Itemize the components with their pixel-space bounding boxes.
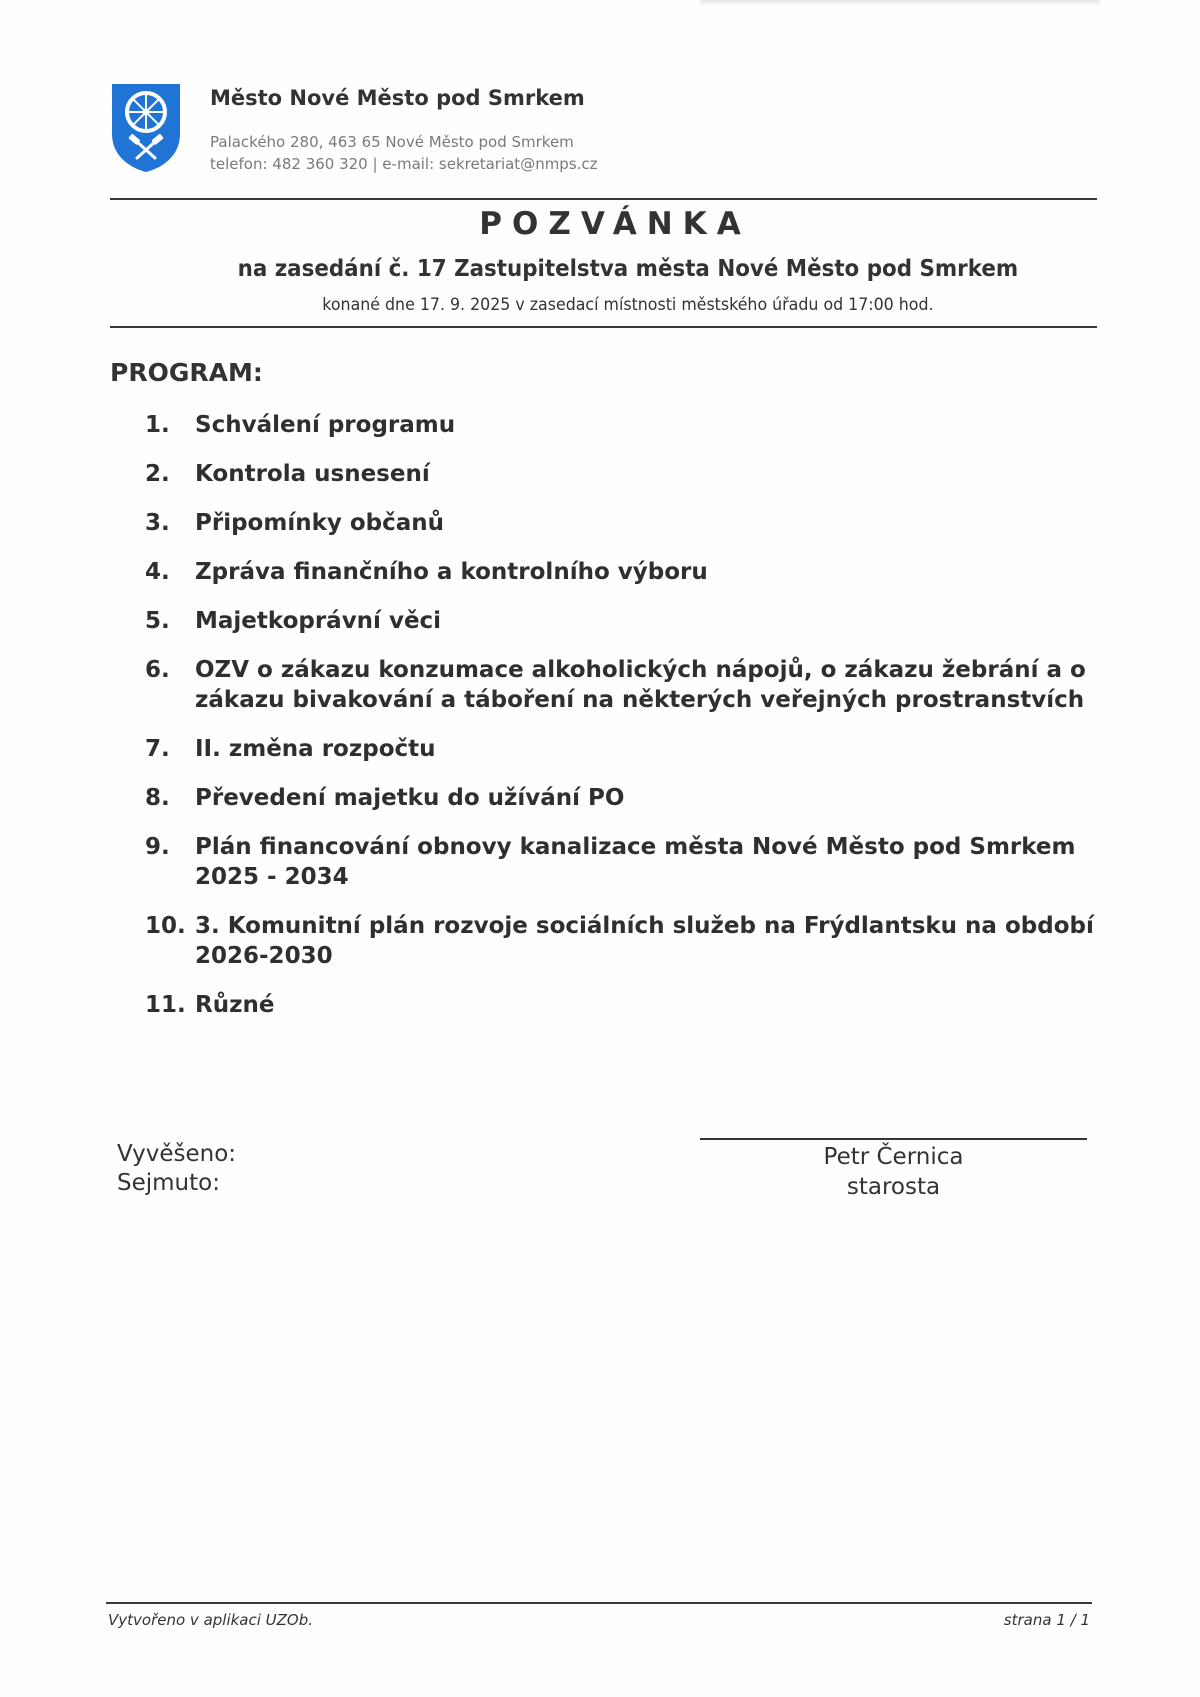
- agenda-item-text: Připomínky občanů: [195, 508, 1105, 538]
- agenda-item: 2.Kontrola usnesení: [145, 459, 1105, 489]
- agenda-item-number: 10.: [145, 911, 195, 971]
- municipal-crest-icon: [110, 82, 182, 174]
- agenda-item: 4.Zpráva finančního a kontrolního výboru: [145, 557, 1105, 587]
- agenda-item: 8.Převedení majetku do užívání PO: [145, 783, 1105, 813]
- agenda-item-number: 11.: [145, 990, 195, 1020]
- agenda-item-number: 4.: [145, 557, 195, 587]
- signatory: Petr Černica starosta: [700, 1142, 1087, 1202]
- agenda-item: 6.OZV o zákazu konzumace alkoholických n…: [145, 655, 1105, 715]
- meeting-info: konané dne 17. 9. 2025 v zasedací místno…: [42, 295, 1158, 315]
- agenda-item-number: 8.: [145, 783, 195, 813]
- title-divider: [110, 326, 1097, 328]
- agenda-item-number: 2.: [145, 459, 195, 489]
- agenda-item-number: 6.: [145, 655, 195, 715]
- signatory-role: starosta: [700, 1172, 1087, 1202]
- footer-page-number: strana 1 / 1: [1004, 1611, 1090, 1629]
- agenda-item-text: Převedení majetku do užívání PO: [195, 783, 1105, 813]
- posted-label: Vyvěšeno:: [117, 1140, 236, 1169]
- signature-line: [700, 1138, 1087, 1140]
- agenda-item-number: 7.: [145, 734, 195, 764]
- agenda-item-text: Kontrola usnesení: [195, 459, 1105, 489]
- program-heading: PROGRAM:: [110, 358, 263, 387]
- organization-name: Město Nové Město pod Smrkem: [210, 86, 585, 110]
- agenda-item: 7.II. změna rozpočtu: [145, 734, 1105, 764]
- agenda-list: 1.Schválení programu2.Kontrola usnesení3…: [145, 410, 1105, 1039]
- agenda-item-text: II. změna rozpočtu: [195, 734, 1105, 764]
- removed-label: Sejmuto:: [117, 1169, 236, 1198]
- organization-address: Palackého 280, 463 65 Nové Město pod Smr…: [210, 131, 598, 153]
- footer-divider: [106, 1602, 1092, 1604]
- signatory-name: Petr Černica: [700, 1142, 1087, 1172]
- agenda-item: 5.Majetkoprávní věci: [145, 606, 1105, 636]
- agenda-item-text: 3. Komunitní plán rozvoje sociálních slu…: [195, 911, 1105, 971]
- posting-dates: Vyvěšeno: Sejmuto:: [117, 1140, 236, 1198]
- agenda-item-number: 3.: [145, 508, 195, 538]
- agenda-item-text: Schválení programu: [195, 410, 1105, 440]
- agenda-item-text: Zpráva finančního a kontrolního výboru: [195, 557, 1105, 587]
- document-title: POZVÁNKA: [0, 206, 1200, 242]
- agenda-item: 11.Různé: [145, 990, 1105, 1020]
- agenda-item-number: 5.: [145, 606, 195, 636]
- agenda-item-number: 9.: [145, 832, 195, 892]
- agenda-item-text: Plán financování obnovy kanalizace města…: [195, 832, 1105, 892]
- footer-created-with: Vytvořeno v aplikaci UZOb.: [108, 1611, 313, 1629]
- agenda-item-number: 1.: [145, 410, 195, 440]
- agenda-item: 3.Připomínky občanů: [145, 508, 1105, 538]
- organization-phone-email: telefon: 482 360 320 | e-mail: sekretari…: [210, 153, 598, 175]
- meeting-subtitle: na zasedání č. 17 Zastupitelstva města N…: [42, 256, 1158, 282]
- header-divider: [110, 198, 1097, 200]
- agenda-item: 10.3. Komunitní plán rozvoje sociálních …: [145, 911, 1105, 971]
- agenda-item: 9.Plán financování obnovy kanalizace měs…: [145, 832, 1105, 892]
- scan-edge-shadow: [700, 0, 1100, 6]
- agenda-item-text: OZV o zákazu konzumace alkoholických náp…: [195, 655, 1105, 715]
- agenda-item-text: Různé: [195, 990, 1105, 1020]
- agenda-item: 1.Schválení programu: [145, 410, 1105, 440]
- agenda-item-text: Majetkoprávní věci: [195, 606, 1105, 636]
- organization-contact: Palackého 280, 463 65 Nové Město pod Smr…: [210, 131, 598, 175]
